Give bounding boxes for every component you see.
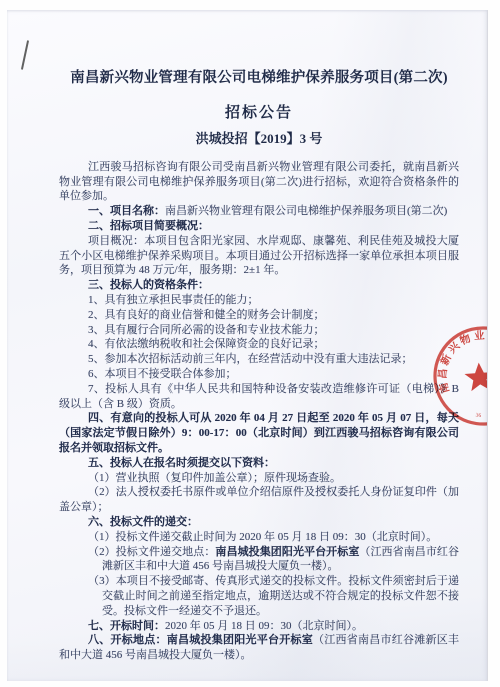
- paragraph-segment: （1）投标文件递交截止时间为 2020 年 05 月 18 日 09：30（北京…: [88, 531, 437, 543]
- paragraph-segment: 2、具有良好的商业信誉和健全的财务会计制度；: [88, 309, 325, 321]
- seal-number: 36: [475, 412, 482, 419]
- paragraph: 六、投标文件的递交：: [59, 515, 459, 530]
- paragraph-segment: 项目概况：本项目包含阳光家园、水岸观邸、康馨苑、利民佳苑及城投大厦五个小区电梯维…: [59, 235, 459, 277]
- paragraph-segment: （2）投标文件递交地点：: [88, 546, 215, 558]
- paragraph-bold-segment: 南昌城投集团阳光平台开标室: [215, 546, 359, 558]
- paragraph: （3）本项目不接受邮寄、传真形式递交的投标文件。投标文件须密封后于递交截止时间之…: [59, 574, 459, 618]
- paragraph: 四、有意向的投标人可从 2020 年 04 月 27 日起至 2020 年 05…: [59, 411, 459, 455]
- paragraph: 4、有依法缴纳税收和社会保障资金的良好记录；: [59, 337, 459, 352]
- paragraph-bold-segment: 五、投标人在报名时须提交以下资料：: [88, 457, 275, 469]
- paragraph: 江西骏马招标咨询有限公司受南昌新兴物业管理有限公司委托，就南昌新兴物业管理有限公…: [59, 160, 459, 204]
- paragraph-segment: 2020 年 05 月 18 日 09：30（北京时间）。: [165, 620, 363, 632]
- paragraph-segment: 6、本项目不接受联合体参加；: [88, 368, 237, 380]
- paragraph: 三、投标人的资格条件：: [59, 278, 459, 293]
- paragraph: 五、投标人在报名时须提交以下资料：: [59, 456, 459, 471]
- paragraph-segment: 南昌新兴物业管理有限公司电梯维护保养服务项目(第二次): [165, 205, 447, 217]
- paragraph: 1、具有独立承担民事责任的能力；: [59, 293, 459, 308]
- paragraph-bold-segment: 七、开标时间：: [88, 620, 165, 632]
- paragraph-segment: 江西骏马招标咨询有限公司受南昌新兴物业管理有限公司委托，就南昌新兴物业管理有限公…: [59, 161, 459, 203]
- pen-mark: [21, 40, 29, 70]
- document-number: 洪城投招【2019】3 号: [59, 128, 459, 147]
- paragraph: 5、参加本次招标活动前三年内，在经营活动中没有重大违法记录；: [59, 352, 459, 367]
- paragraph-segment: （1）营业执照（复印件加盖公章）；原件现场查验。: [88, 472, 341, 484]
- paragraph-bold-segment: 二、招标项目简要概况：: [88, 220, 209, 232]
- paragraph: （1）营业执照（复印件加盖公章）；原件现场查验。: [59, 471, 459, 486]
- paragraph-bold-segment: 六、投标文件的递交：: [88, 516, 198, 528]
- paragraph: 一、项目名称：南昌新兴物业管理有限公司电梯维护保养服务项目(第二次): [59, 204, 459, 219]
- paragraph-segment: 4、有依法缴纳税收和社会保障资金的良好记录；: [88, 338, 325, 350]
- paragraph-segment: 3、具有履行合同所必需的设备和专业技术能力；: [88, 324, 325, 336]
- paragraph: 八、开标地点：南昌城投集团阳光平台开标室（江西省南昌市红谷滩新区丰和中大道 45…: [59, 633, 459, 663]
- paragraph: 6、本项目不接受联合体参加；: [59, 367, 459, 382]
- paragraph-segment: 7、投标人具有《中华人民共和国特种设备安装改造维修许可证（电梯）》B 级以上（含…: [59, 383, 459, 410]
- document-body: 江西骏马招标咨询有限公司受南昌新兴物业管理有限公司委托，就南昌新兴物业管理有限公…: [59, 160, 459, 663]
- paragraph-segment: 5、参加本次招标活动前三年内，在经营活动中没有重大违法记录；: [88, 353, 413, 365]
- paragraph: 2、具有良好的商业信誉和健全的财务会计制度；: [59, 308, 459, 323]
- paragraph-bold-segment: 一、项目名称：: [88, 205, 165, 217]
- paragraph: （2）投标文件递交地点：南昌城投集团阳光平台开标室（江西省南昌市红谷滩新区丰和中…: [59, 545, 459, 575]
- star-icon: [464, 362, 488, 392]
- document-title: 南昌新兴物业管理有限公司电梯维护保养服务项目(第二次): [59, 69, 459, 88]
- document-content: 南昌新兴物业管理有限公司电梯维护保养服务项目(第二次) 招标公告 洪城投招【20…: [59, 10, 459, 663]
- notice-heading: 招标公告: [59, 101, 459, 122]
- paragraph: 项目概况：本项目包含阳光家园、水岸观邸、康馨苑、利民佳苑及城投大厦五个小区电梯维…: [59, 234, 459, 278]
- paragraph-bold-segment: 三、投标人的资格条件：: [88, 279, 209, 291]
- paragraph: 二、招标项目简要概况：: [59, 219, 459, 234]
- paragraph-bold-segment: 八、开标地点：南昌城投集团阳光平台开标室: [88, 634, 313, 646]
- paragraph-bold-segment: 四、有意向的投标人可从 2020 年 04 月 27 日起至 2020 年 05…: [59, 412, 459, 454]
- paragraph-segment: 1、具有独立承担民事责任的能力；: [88, 294, 259, 306]
- paragraph-segment: （2）法人授权委托书原件或单位介绍信原件及授权委托人身份证复印件（加盖公章）；: [59, 486, 459, 513]
- paragraph: 七、开标时间：2020 年 05 月 18 日 09：30（北京时间）。: [59, 619, 459, 634]
- paragraph: 3、具有履行合同所必需的设备和专业技术能力；: [59, 323, 459, 338]
- document-page: 南昌新兴物业管理有限公司电梯维护保养服务项目(第二次) 招标公告 洪城投招【20…: [7, 10, 488, 681]
- paragraph: （1）投标文件递交截止时间为 2020 年 05 月 18 日 09：30（北京…: [59, 530, 459, 545]
- paragraph: （2）法人授权委托书原件或单位介绍信原件及授权委托人身份证复印件（加盖公章）；: [59, 485, 459, 515]
- paragraph-segment: （3）本项目不接受邮寄、传真形式递交的投标文件。投标文件须密封后于递交截止时间之…: [88, 575, 459, 617]
- paragraph: 7、投标人具有《中华人民共和国特种设备安装改造维修许可证（电梯）》B 级以上（含…: [59, 382, 459, 412]
